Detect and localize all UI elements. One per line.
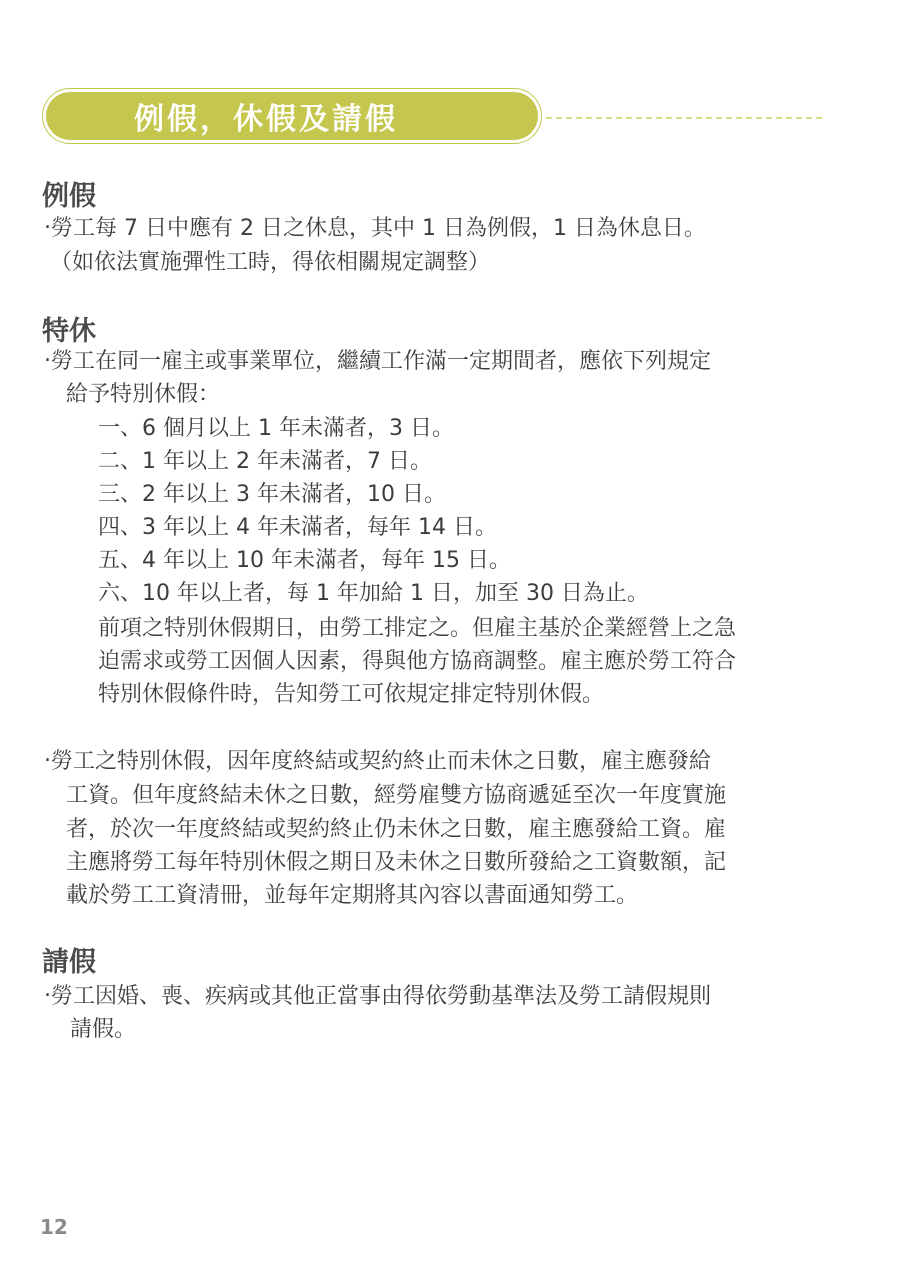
- paragraph-line: ‧勞工之特別休假，因年度終結或契約終止而未休之日數，雇主應發給: [44, 745, 711, 778]
- paragraph-line: 給予特別休假：: [66, 378, 220, 411]
- banner-pill: 例假，休假及請假: [46, 92, 538, 140]
- page-number: 12: [40, 1215, 68, 1239]
- rule-item: 五、4 年以上 10 年未滿者，每年 15 日。: [98, 544, 511, 577]
- banner-dashed-divider: [546, 117, 822, 119]
- rule-item: 三、2 年以上 3 年未滿者，10 日。: [98, 478, 446, 511]
- section-title-annual-leave: 特休: [42, 309, 96, 348]
- note-line: 特別休假條件時，告知勞工可依規定排定特別休假。: [98, 678, 604, 711]
- paragraph-line: （如依法實施彈性工時，得依相關規定調整）: [50, 246, 490, 279]
- paragraph-line: ‧勞工每 7 日中應有 2 日之休息，其中 1 日為例假，1 日為休息日。: [44, 212, 706, 245]
- paragraph-line: ‧勞工因婚、喪、疾病或其他正當事由得依勞動基準法及勞工請假規則: [44, 980, 711, 1013]
- note-line: 迫需求或勞工因個人因素，得與他方協商調整。雇主應於勞工符合: [98, 645, 736, 678]
- section-title-regular-leave: 例假: [42, 174, 96, 213]
- paragraph-line: 工資。但年度終結未休之日數，經勞雇雙方協商遞延至次一年度實施: [66, 779, 726, 812]
- paragraph-line: 載於勞工工資清冊，並每年定期將其內容以書面通知勞工。: [66, 879, 638, 912]
- section-banner: 例假，休假及請假: [42, 88, 542, 144]
- note-line: 前項之特別休假期日，由勞工排定之。但雇主基於企業經營上之急: [98, 612, 736, 645]
- rule-item: 二、1 年以上 2 年未滿者，7 日。: [98, 445, 432, 478]
- page-title: 例假，休假及請假: [134, 94, 398, 138]
- rule-item: 六、10 年以上者，每 1 年加給 1 日，加至 30 日為止。: [98, 577, 649, 610]
- rule-item: 一、6 個月以上 1 年未滿者，3 日。: [98, 412, 454, 445]
- section-title-personal-leave: 請假: [42, 940, 96, 979]
- paragraph-line: ‧勞工在同一雇主或事業單位，繼續工作滿一定期間者，應依下列規定: [44, 345, 711, 378]
- paragraph-line: 者，於次一年度終結或契約終止仍未休之日數，雇主應發給工資。雇: [66, 813, 726, 846]
- rule-item: 四、3 年以上 4 年未滿者，每年 14 日。: [98, 511, 497, 544]
- paragraph-line: 主應將勞工每年特別休假之期日及未休之日數所發給之工資數額，記: [66, 846, 726, 879]
- paragraph-line: 請假。: [70, 1013, 136, 1046]
